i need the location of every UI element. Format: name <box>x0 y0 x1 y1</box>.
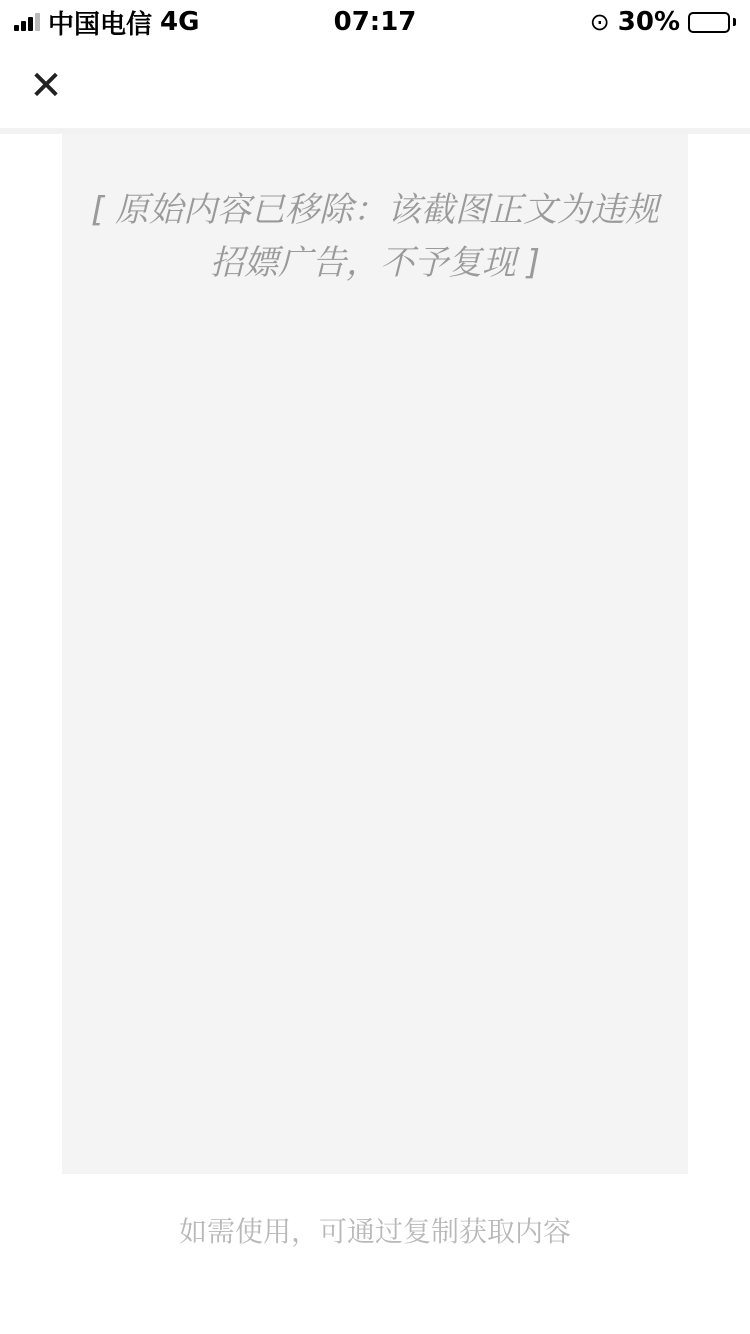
close-button[interactable]: ✕ <box>24 64 68 108</box>
carrier-label: 中国电信 <box>48 4 152 41</box>
signal-strength-icon <box>14 13 40 31</box>
top-toolbar: ✕ <box>0 44 750 128</box>
clock: 07:17 <box>334 7 417 37</box>
network-type-label: 4G <box>160 7 199 37</box>
content-card: [ 原始内容已移除：该截图正文为违规招嫖广告，不予复现 ] <box>62 134 688 1174</box>
orientation-lock-icon: ⊙ <box>590 8 610 36</box>
content-placeholder: [ 原始内容已移除：该截图正文为违规招嫖广告，不予复现 ] <box>82 164 668 289</box>
status-bar: 中国电信 4G 07:17 ⊙ 30% <box>0 0 750 44</box>
copy-hint-label: 如需使用，可通过复制获取内容 <box>0 1210 750 1250</box>
battery-icon <box>688 12 736 33</box>
page-body: [ 原始内容已移除：该截图正文为违规招嫖广告，不予复现 ] 如需使用，可通过复制… <box>0 128 750 1250</box>
battery-percent-label: 30% <box>618 7 680 37</box>
